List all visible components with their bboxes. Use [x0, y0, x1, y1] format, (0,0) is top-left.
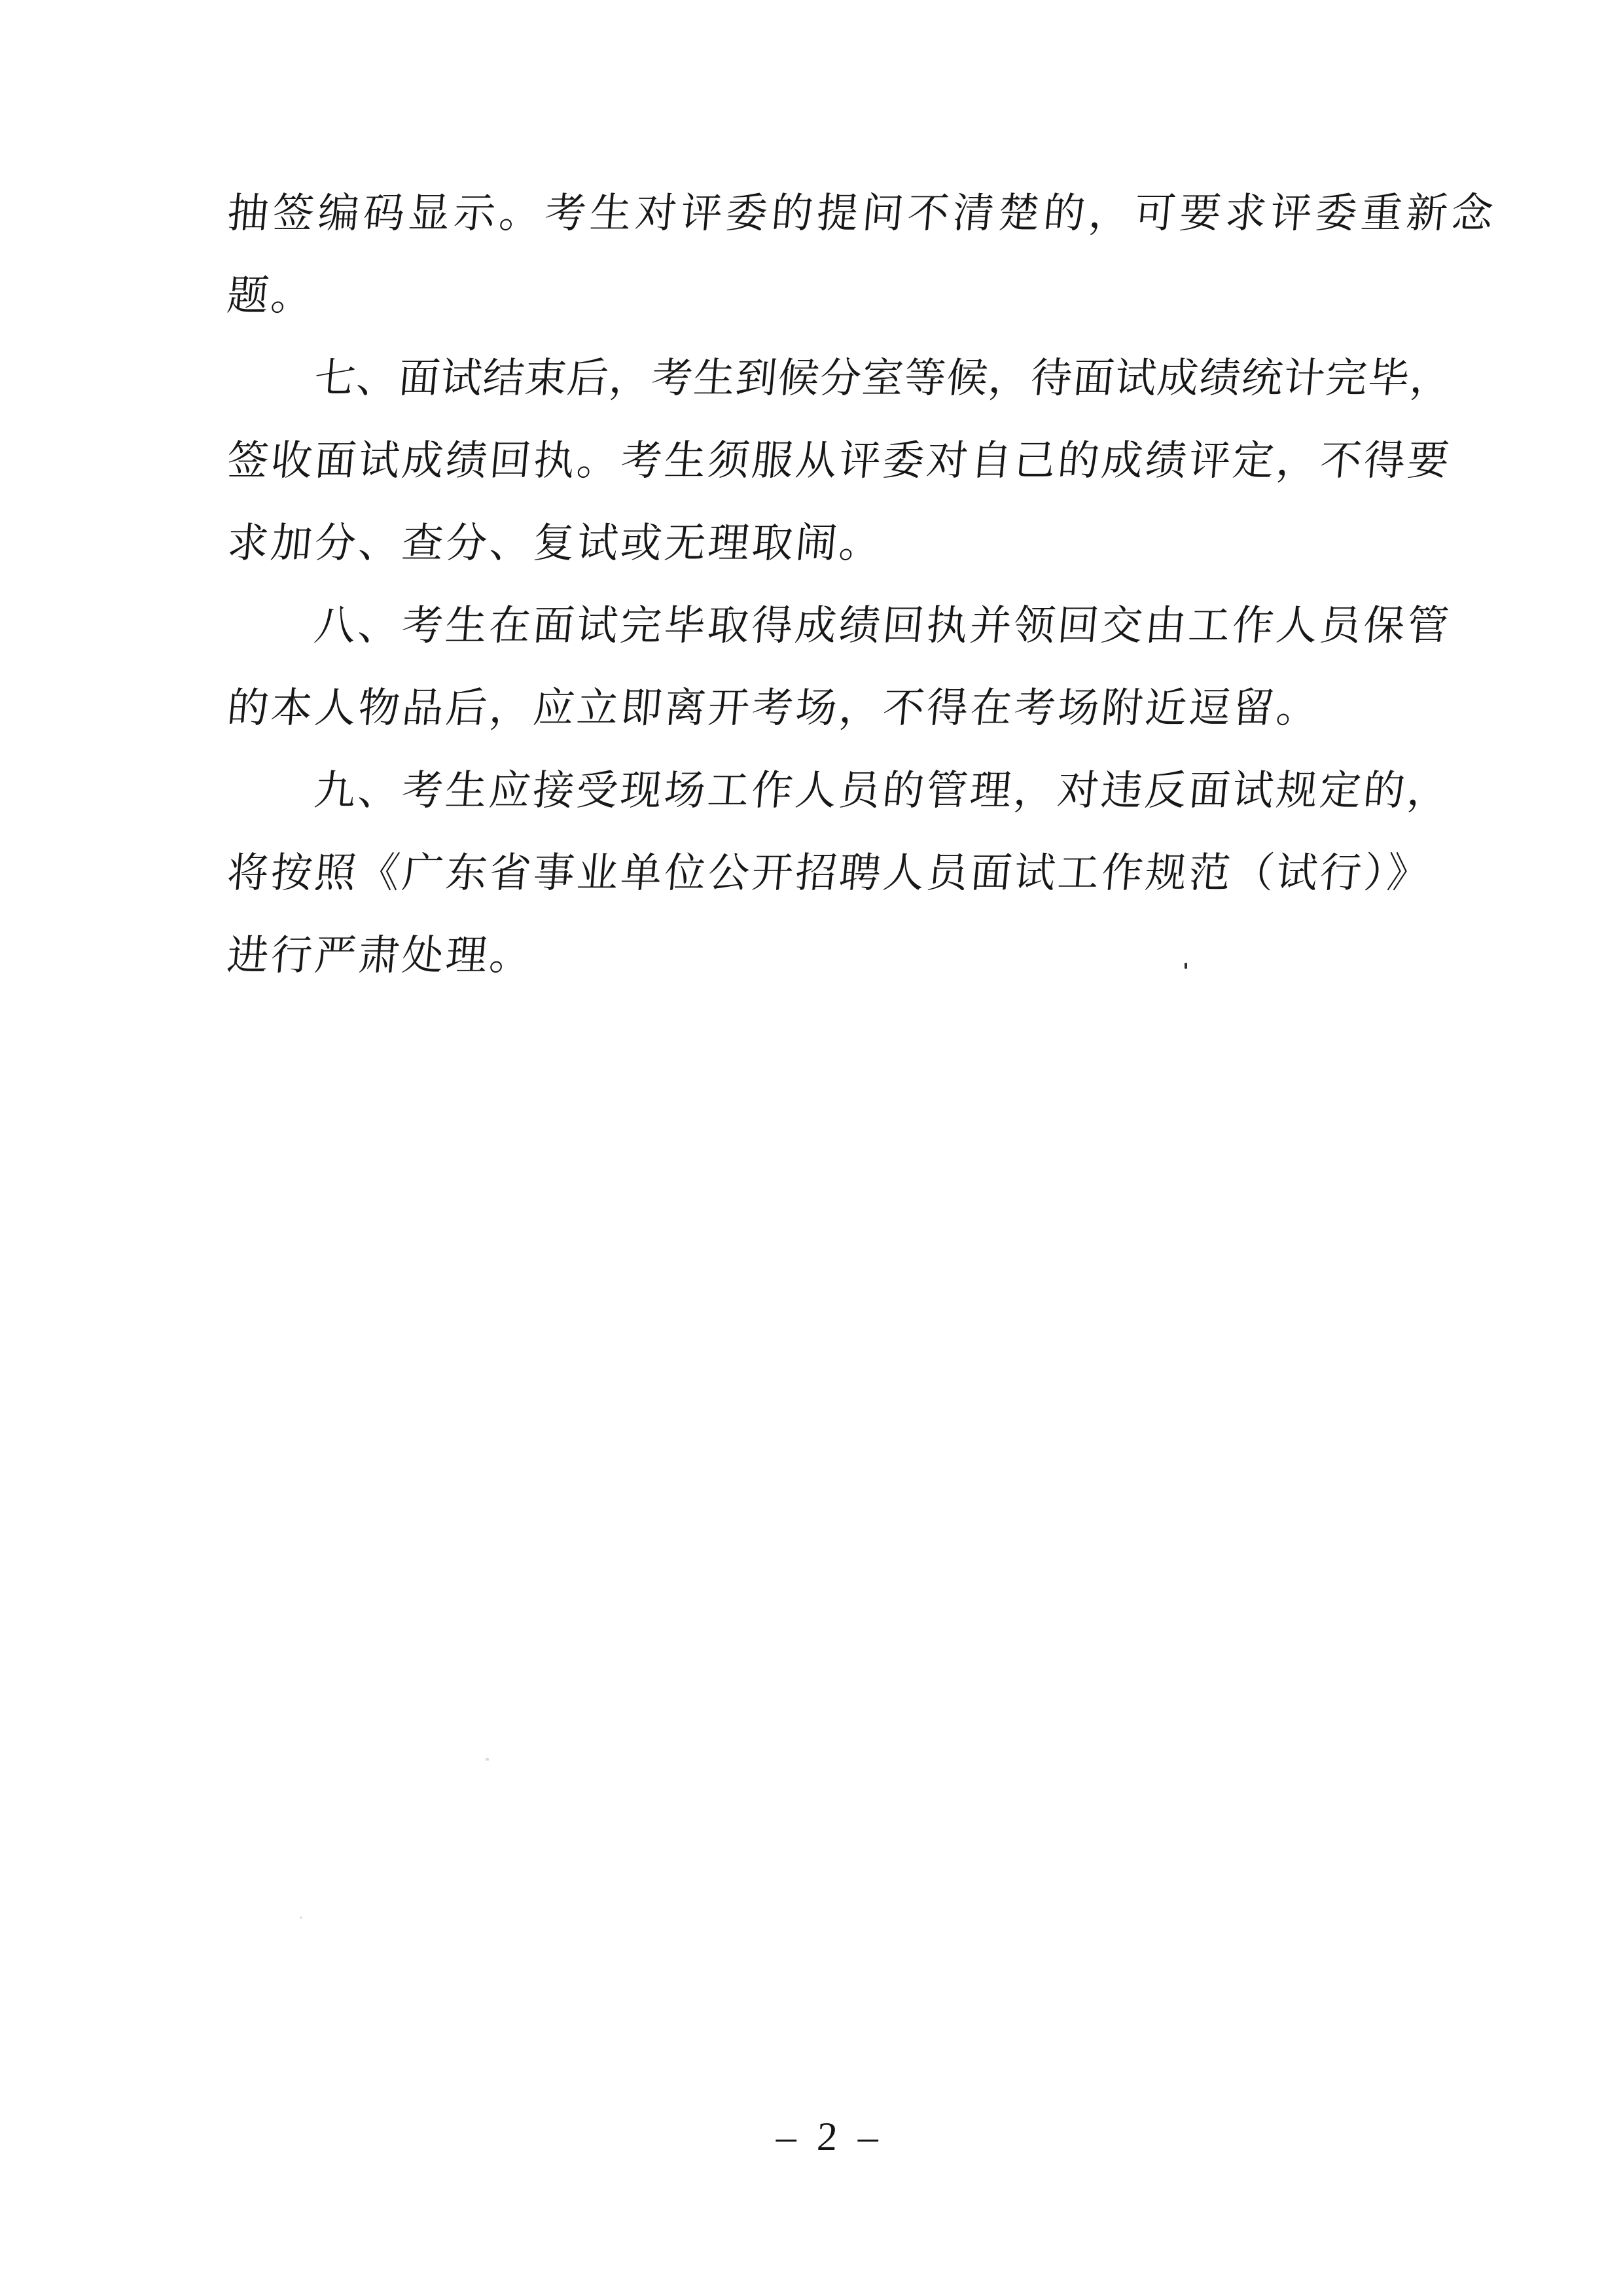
doc-line-8: 九、考生应接受现场工作人员的管理，对违反面试规定的， [224, 749, 1456, 832]
page-number: – 2 – [743, 2108, 917, 2166]
doc-line-6: 八、考生在面试完毕取得成绩回执并领回交由工作人员保管 [224, 584, 1456, 667]
scan-speck [486, 1758, 489, 1761]
doc-line-7: 的本人物品后，应立即离开考场，不得在考场附近逗留。 [224, 667, 1456, 749]
doc-line-4: 签收面试成绩回执。考生须服从评委对自己的成绩评定，不得要 [224, 420, 1456, 502]
doc-line-9: 将按照《广东省事业单位公开招聘人员面试工作规范（试行）》 [224, 832, 1456, 914]
scan-speck [1185, 963, 1187, 969]
doc-line-10: 进行严肃处理。 [224, 914, 1456, 997]
document-page: 抽签编码显示。考生对评委的提问不清楚的，可要求评委重新念 题。 七、面试结束后，… [0, 0, 1623, 2296]
scan-speck [300, 1916, 302, 1919]
doc-line-3: 七、面试结束后，考生到候分室等候，待面试成绩统计完毕， [224, 337, 1456, 420]
doc-line-1: 抽签编码显示。考生对评委的提问不清楚的，可要求评委重新念 [224, 172, 1456, 255]
document-body: 抽签编码显示。考生对评委的提问不清楚的，可要求评委重新念 题。 七、面试结束后，… [225, 172, 1450, 997]
doc-line-2: 题。 [224, 255, 1456, 337]
doc-line-5: 求加分、查分、复试或无理取闹。 [224, 502, 1456, 584]
